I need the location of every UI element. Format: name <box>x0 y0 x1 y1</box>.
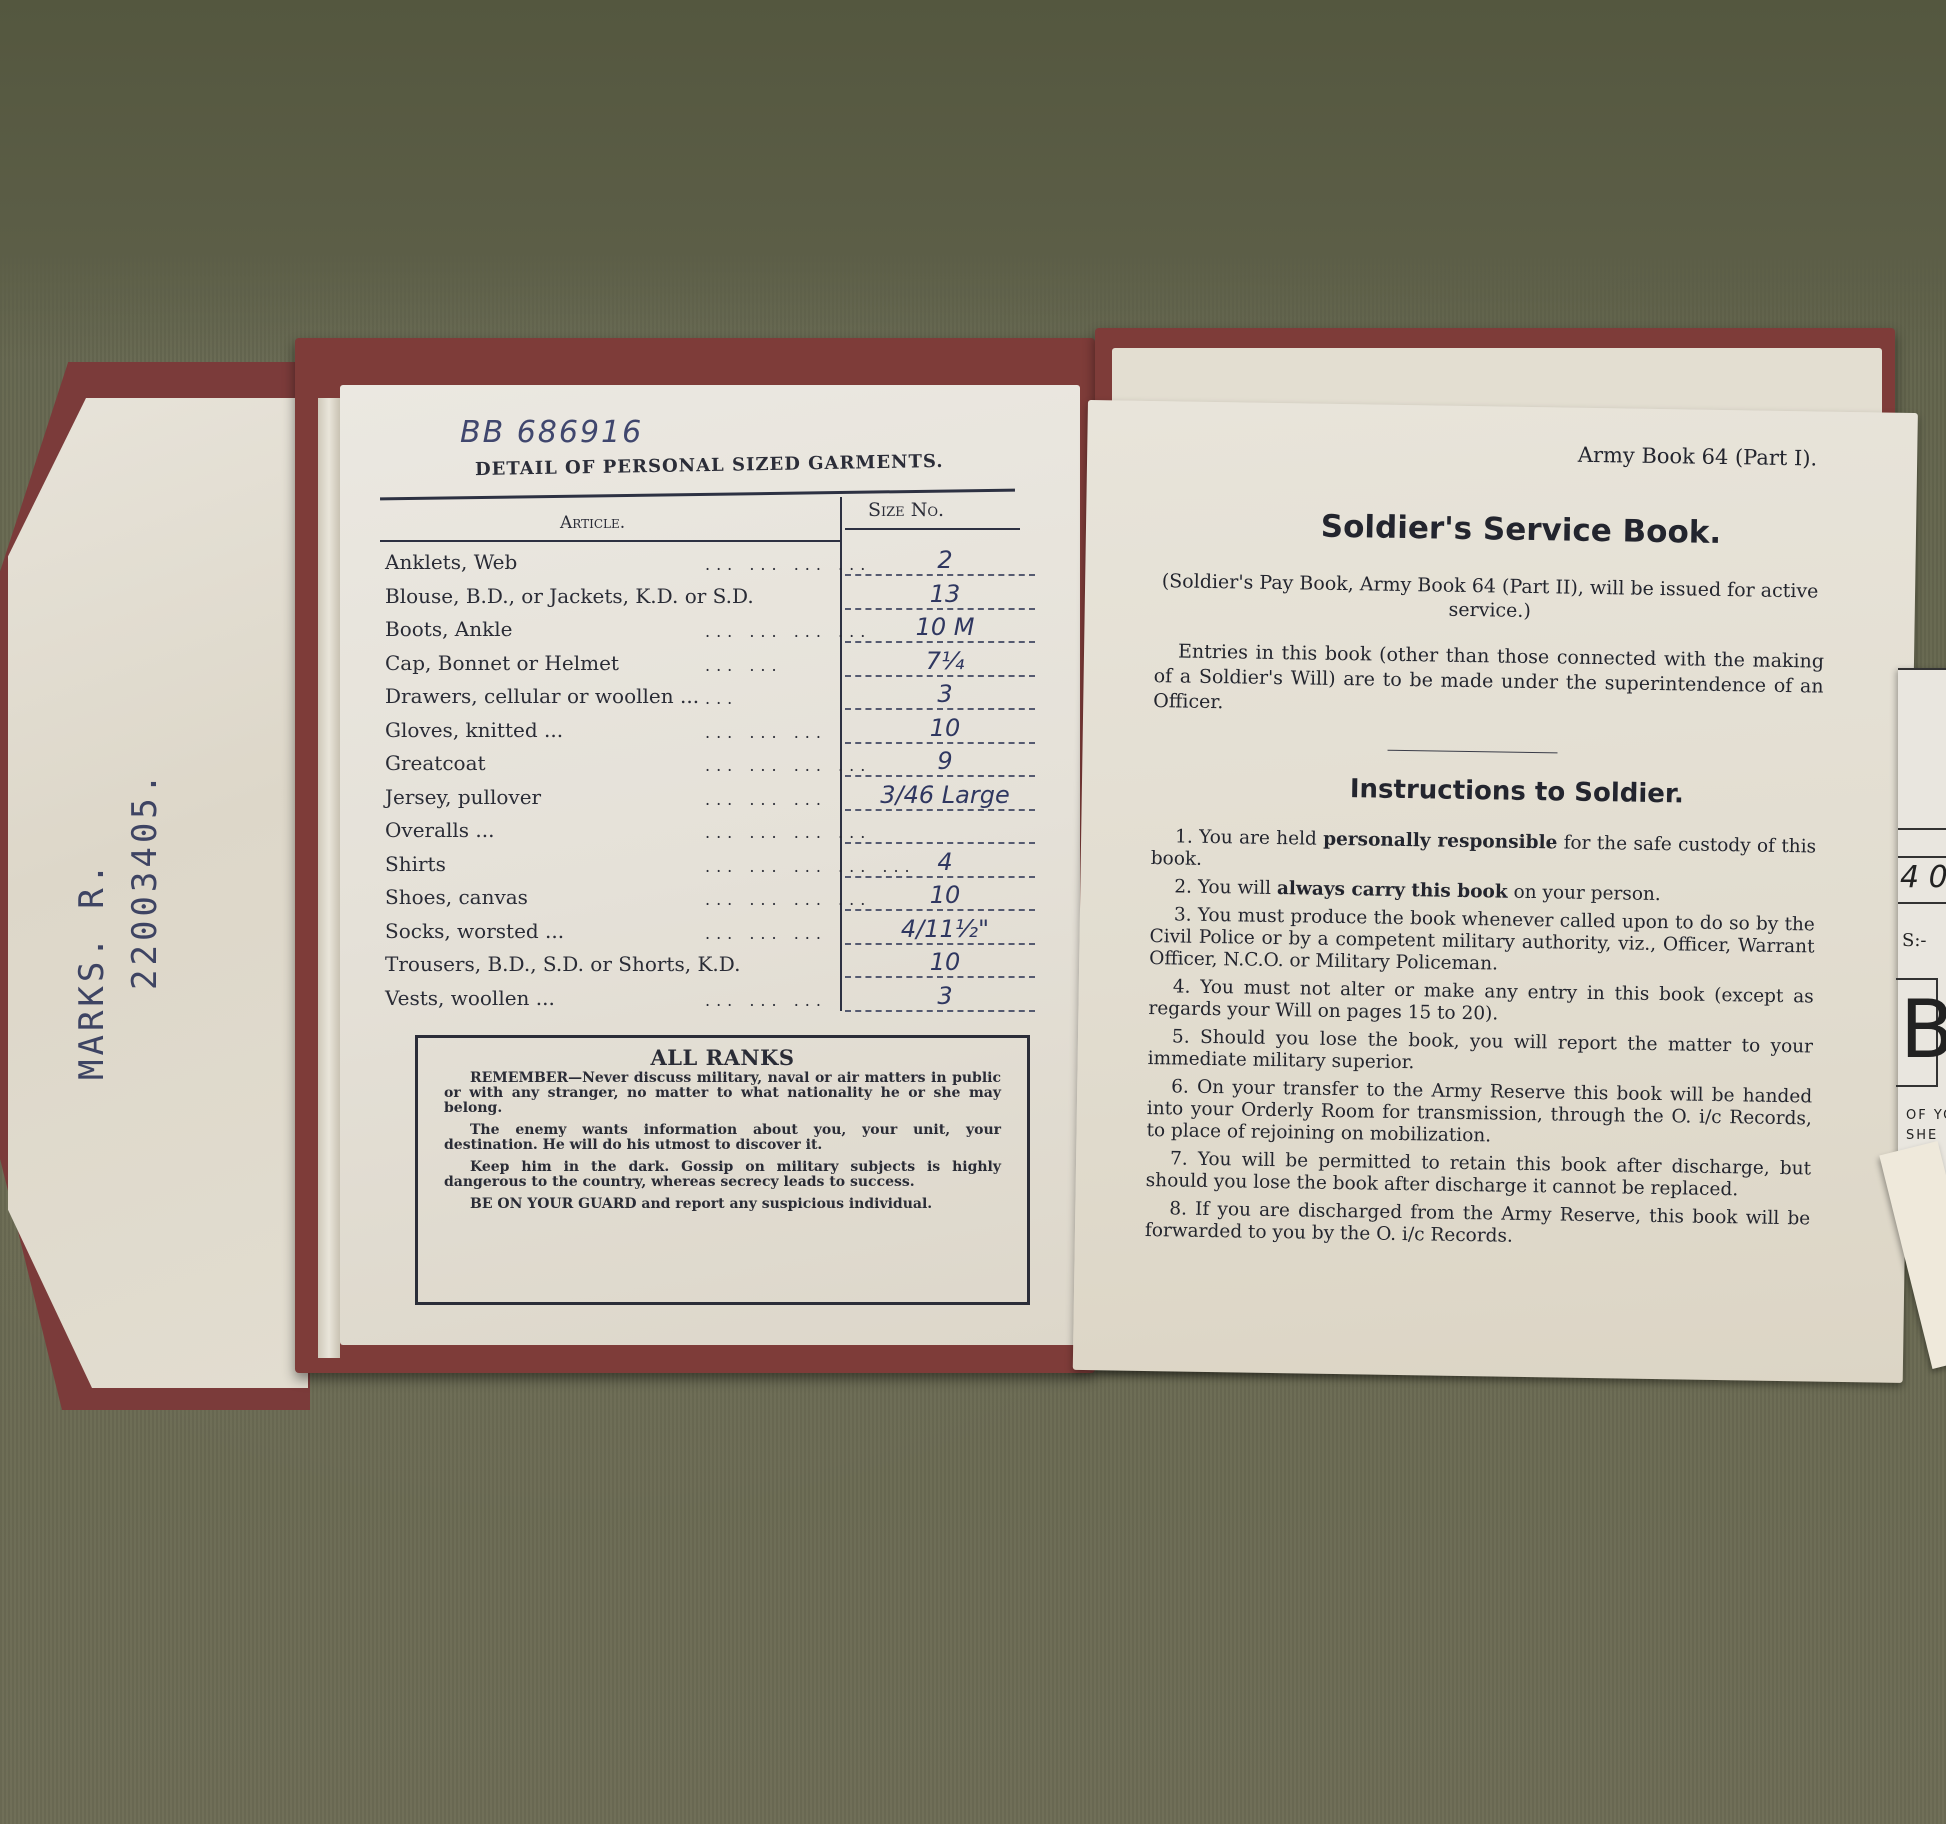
size-entry-line <box>845 675 1035 677</box>
entries-note: Entries in this book (other than those c… <box>1153 639 1824 725</box>
instruction-text: You must not alter or make any entry in … <box>1148 977 1814 1025</box>
handwritten-size: 13 <box>855 580 1035 608</box>
garment-row: Trousers, B.D., S.D. or Shorts, K.D.10 <box>385 947 1035 980</box>
leader-dots: ... ... ... ... <box>705 823 871 842</box>
instruction-item: 8. If you are discharged from the Army R… <box>1145 1198 1811 1252</box>
garment-row: Vests, woollen ...... ... ...3 <box>385 981 1035 1014</box>
handwritten-size: 7¼ <box>855 647 1035 675</box>
garment-label: Vests, woollen ... <box>385 986 555 1010</box>
size-entry-line <box>845 909 1035 911</box>
handwritten-size: 2 <box>855 546 1035 574</box>
size-entry-line <box>845 809 1035 811</box>
instruction-item: 1. You are held personally responsible f… <box>1151 826 1817 880</box>
garment-row: Jersey, pullover... ... ...3/46 Large <box>385 780 1035 813</box>
garment-label: Cap, Bonnet or Helmet <box>385 651 619 675</box>
instruction-item: 5. Should you lose the book, you will re… <box>1147 1026 1813 1080</box>
garment-label: Blouse, B.D., or Jackets, K.D. or S.D. <box>385 584 754 608</box>
size-entry-line <box>845 1010 1035 1012</box>
book-spine-strip <box>318 398 340 1358</box>
garment-label: Socks, worsted ... <box>385 919 564 943</box>
instruction-text: You are held <box>1199 827 1323 850</box>
notice-paragraph: REMEMBER—Never discuss military, naval o… <box>444 1071 1001 1116</box>
instruction-text: You must produce the book whenever calle… <box>1149 905 1815 975</box>
garments-page: BB 686916 DETAIL OF PERSONAL SIZED GARME… <box>340 385 1080 1345</box>
garment-row: Greatcoat... ... ... ...9 <box>385 746 1035 779</box>
leader-dots: ... ... ... ... <box>705 890 871 909</box>
garment-label: Greatcoat <box>385 751 486 775</box>
size-entry-line <box>845 608 1035 610</box>
instruction-text: on your person. <box>1508 882 1661 905</box>
garment-label: Drawers, cellular or woollen ... <box>385 684 699 708</box>
column-header-size: Size No. <box>868 499 944 521</box>
instruction-item: 4. You must not alter or make any entry … <box>1148 976 1814 1030</box>
instruction-number: 6. <box>1171 1076 1189 1097</box>
card-rule <box>1898 856 1946 858</box>
garment-label: Trousers, B.D., S.D. or Shorts, K.D. <box>385 952 740 976</box>
handwritten-size: 10 M <box>855 613 1035 641</box>
card-label: S:- <box>1902 930 1926 951</box>
garment-row: Blouse, B.D., or Jackets, K.D. or S.D.13 <box>385 579 1035 612</box>
header-underline-size <box>845 528 1020 530</box>
garment-row: Overalls ...... ... ... ... <box>385 813 1035 846</box>
garment-row: Shoes, canvas... ... ... ...10 <box>385 880 1035 913</box>
size-entry-line <box>845 574 1035 576</box>
handwritten-size: 10 <box>855 881 1035 909</box>
card-text-line: SHE <box>1906 1128 1938 1143</box>
handwritten-size: 4/11½" <box>855 915 1035 943</box>
garment-label: Anklets, Web <box>385 550 517 574</box>
handwritten-serial-number: BB 686916 <box>460 415 643 450</box>
leader-dots: ... <box>705 689 738 708</box>
card-rule <box>1898 902 1946 904</box>
card-big-letter: B <box>1900 990 1946 1070</box>
garment-row: Shirts... ... ... ... ...4 <box>385 847 1035 880</box>
garment-label: Shirts <box>385 852 446 876</box>
service-book-title: Soldier's Service Book. <box>1086 505 1916 554</box>
instruction-item: 7. You will be permitted to retain this … <box>1146 1148 1812 1202</box>
garment-row: Anklets, Web... ... ... ...2 <box>385 545 1035 578</box>
notice-paragraph: Keep him in the dark. Gossip on military… <box>444 1160 1001 1190</box>
card-rule <box>1898 828 1946 830</box>
garment-row: Cap, Bonnet or Helmet... ...7¼ <box>385 646 1035 679</box>
instruction-number: 5. <box>1172 1026 1190 1047</box>
instruction-item: 2. You will always carry this book on yo… <box>1150 876 1815 908</box>
leader-dots: ... ... ... ... <box>705 756 871 775</box>
instruction-emphasis: personally responsible <box>1323 829 1557 854</box>
garment-label: Boots, Ankle <box>385 617 512 641</box>
card-digits: 4 0 <box>1900 860 1946 895</box>
garment-row: Boots, Ankle... ... ... ...10 M <box>385 612 1035 645</box>
handwritten-size: 4 <box>855 848 1035 876</box>
cloth-background <box>0 0 1946 360</box>
size-entry-line <box>845 775 1035 777</box>
size-entry-line <box>845 708 1035 710</box>
size-entry-line <box>845 742 1035 744</box>
inserted-card: 4 0 S:- B OF YO SHE <box>1898 668 1946 1178</box>
all-ranks-title: ALL RANKS <box>444 1050 1001 1065</box>
handwritten-size: 10 <box>855 714 1035 742</box>
instruction-number: 3. <box>1174 904 1192 925</box>
instruction-number: 8. <box>1169 1198 1187 1219</box>
size-entry-line <box>845 876 1035 878</box>
handwritten-size: 3 <box>855 982 1035 1010</box>
size-entry-line <box>845 641 1035 643</box>
notice-paragraph: BE ON YOUR GUARD and report any suspicio… <box>444 1197 1001 1212</box>
instructions-title: Instructions to Soldier. <box>1082 770 1912 813</box>
handwritten-size: 3/46 Large <box>855 781 1035 809</box>
leader-dots: ... ... ... <box>705 790 827 809</box>
instruction-text: You will <box>1198 877 1277 899</box>
card-rule <box>1898 668 1946 670</box>
leader-dots: ... ... ... <box>705 723 827 742</box>
service-book-title-page: Army Book 64 (Part I). Soldier's Service… <box>1073 400 1918 1383</box>
leader-dots: ... ... <box>705 656 783 675</box>
all-ranks-notice: ALL RANKS REMEMBER—Never discuss militar… <box>415 1035 1030 1305</box>
garment-row: Drawers, cellular or woollen ......3 <box>385 679 1035 712</box>
garments-title: DETAIL OF PERSONAL SIZED GARMENTS. <box>475 451 944 480</box>
leader-dots: ... ... ... <box>705 924 827 943</box>
garment-label: Gloves, knitted ... <box>385 718 563 742</box>
flap-handwritten-number: 22003405. <box>125 770 165 990</box>
section-divider <box>1388 750 1558 754</box>
notice-paragraph: The enemy wants information about you, y… <box>444 1123 1001 1153</box>
leader-dots: ... ... ... ... <box>705 555 871 574</box>
handwritten-size: 3 <box>855 680 1035 708</box>
book-reference: Army Book 64 (Part I). <box>1578 443 1818 471</box>
instruction-number: 2. <box>1174 876 1192 897</box>
pay-book-note: (Soldier's Pay Book, Army Book 64 (Part … <box>1155 569 1826 628</box>
garment-label: Jersey, pullover <box>385 785 541 809</box>
garment-label: Shoes, canvas <box>385 885 528 909</box>
leader-dots: ... ... ... <box>705 991 827 1010</box>
garment-label: Overalls ... <box>385 818 495 842</box>
size-entry-line <box>845 943 1035 945</box>
instruction-text: You will be permitted to retain this boo… <box>1146 1149 1812 1200</box>
header-underline <box>380 540 840 542</box>
handwritten-size: 10 <box>855 948 1035 976</box>
column-header-article: Article. <box>560 513 625 533</box>
instruction-number: 7. <box>1170 1148 1188 1169</box>
flap-handwritten-name: MARKS. R. <box>72 860 112 1080</box>
card-text-line: OF YO <box>1906 1108 1946 1123</box>
garment-row: Socks, worsted ...... ... ...4/11½" <box>385 914 1035 947</box>
instruction-number: 4. <box>1173 976 1191 997</box>
size-entry-line <box>845 842 1035 844</box>
instructions-list: 1. You are held personally responsible f… <box>1145 826 1817 1258</box>
instruction-text: Should you lose the book, you will repor… <box>1147 1027 1813 1073</box>
instruction-text: On your transfer to the Army Reserve thi… <box>1146 1077 1812 1147</box>
instruction-emphasis: always carry this book <box>1277 878 1508 903</box>
instruction-number: 1. <box>1175 826 1193 847</box>
size-entry-line <box>845 976 1035 978</box>
instruction-item: 3. You must produce the book whenever ca… <box>1149 904 1815 980</box>
leader-dots: ... ... ... ... <box>705 622 871 641</box>
instruction-item: 6. On your transfer to the Army Reserve … <box>1146 1076 1812 1152</box>
garment-row: Gloves, knitted ...... ... ...10 <box>385 713 1035 746</box>
handwritten-size: 9 <box>855 747 1035 775</box>
instruction-text: If you are discharged from the Army Rese… <box>1145 1199 1811 1247</box>
